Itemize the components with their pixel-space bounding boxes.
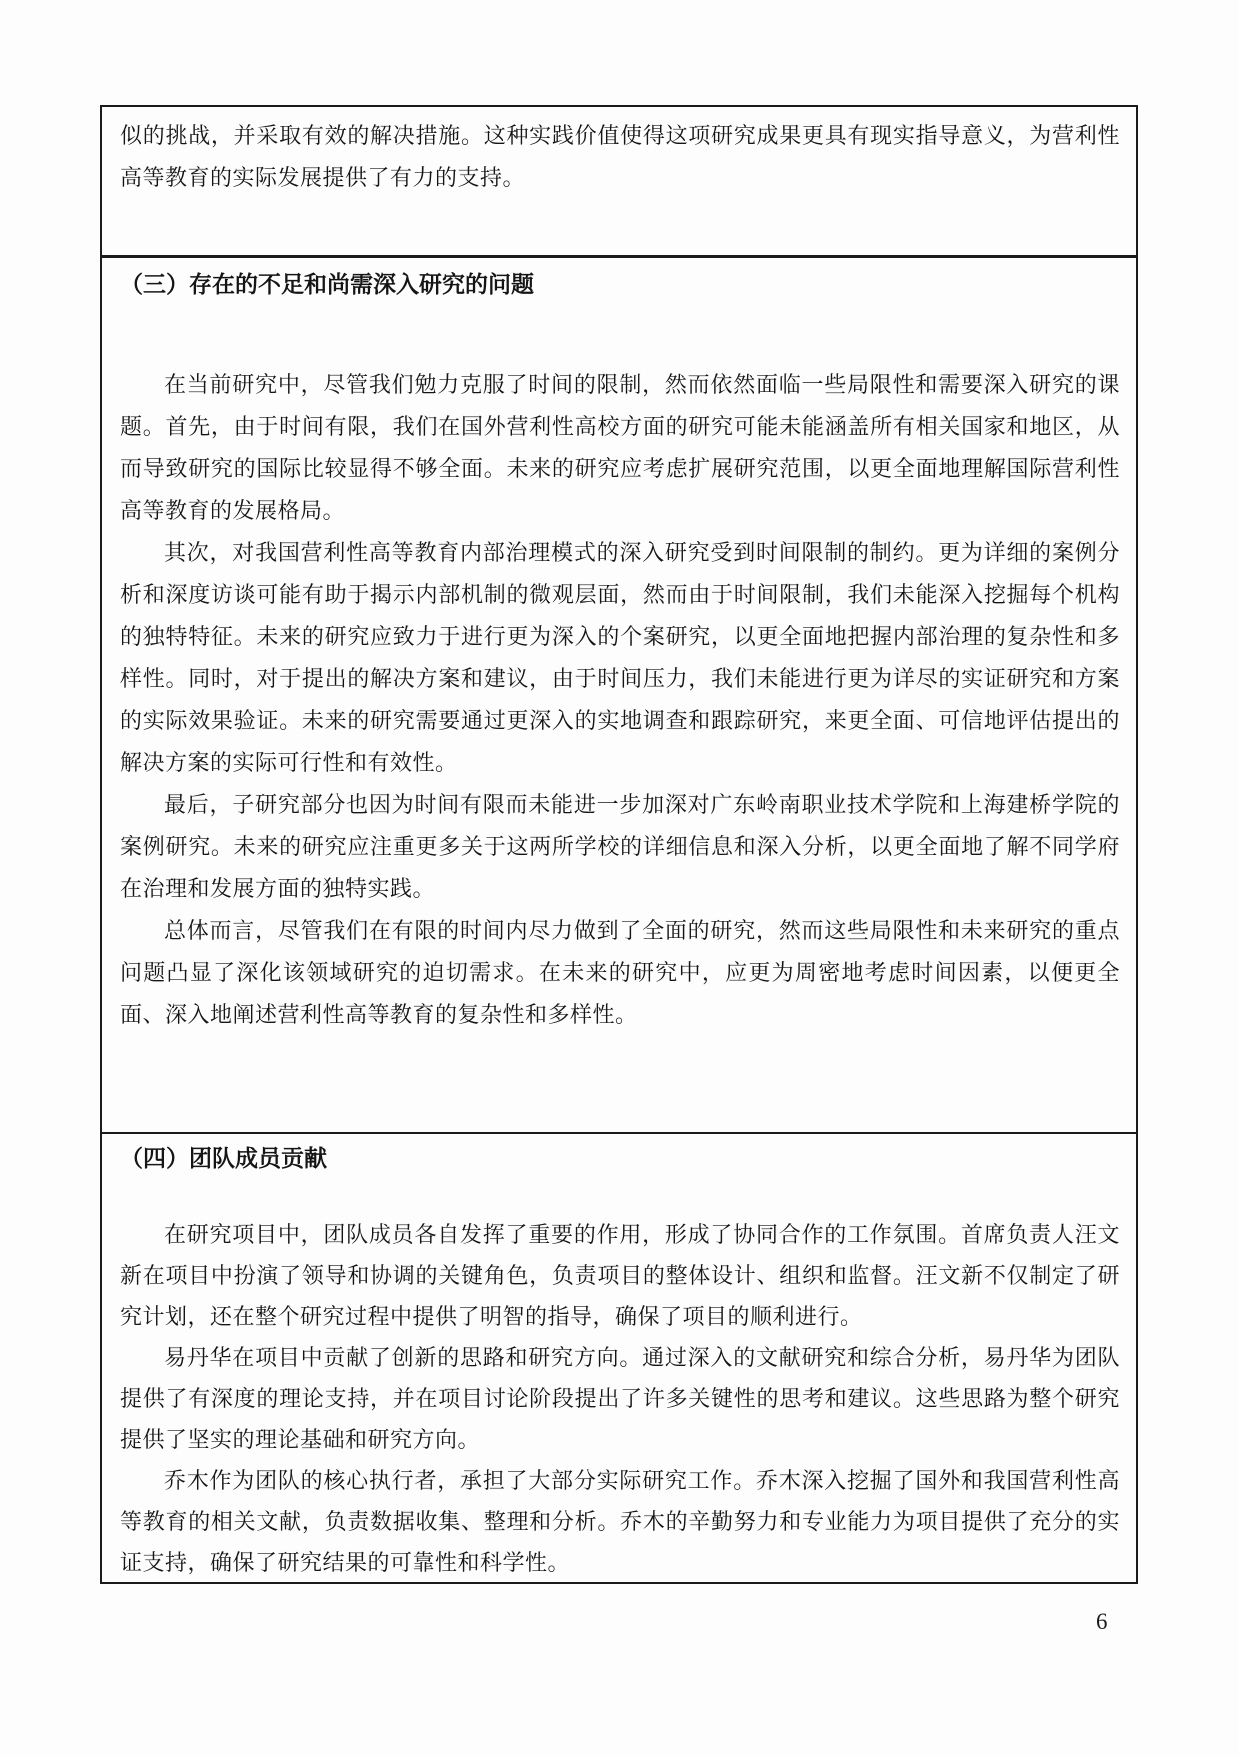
carryover-paragraph: 似的挑战，并采取有效的解决措施。这种实践价值使得这项研究成果更具有现实指导意义，… [120, 115, 1120, 199]
document-page: 似的挑战，并采取有效的解决措施。这种实践价值使得这项研究成果更具有现实指导意义，… [0, 0, 1238, 1755]
section-four-paragraph-1: 在研究项目中，团队成员各自发挥了重要的作用，形成了协同合作的工作氛围。首席负责人… [120, 1214, 1120, 1337]
section-four-paragraph-2: 易丹华在项目中贡献了创新的思路和研究方向。通过深入的文献研究和综合分析，易丹华为… [120, 1337, 1120, 1460]
section-three: （三）存在的不足和尚需深入研究的问题 在当前研究中，尽管我们勉力克服了时间的限制… [102, 255, 1136, 1132]
section-four: （四）团队成员贡献 在研究项目中，团队成员各自发挥了重要的作用，形成了协同合作的… [102, 1132, 1136, 1582]
section-three-title: （三）存在的不足和尚需深入研究的问题 [120, 268, 1120, 302]
section-carryover: 似的挑战，并采取有效的解决措施。这种实践价值使得这项研究成果更具有现实指导意义，… [102, 107, 1136, 255]
section-three-paragraph-3: 最后，子研究部分也因为时间有限而未能进一步加深对广东岭南职业技术学院和上海建桥学… [120, 784, 1120, 910]
document-table: 似的挑战，并采取有效的解决措施。这种实践价值使得这项研究成果更具有现实指导意义，… [100, 105, 1138, 1584]
section-four-paragraph-3: 乔木作为团队的核心执行者，承担了大部分实际研究工作。乔木深入挖掘了国外和我国营利… [120, 1460, 1120, 1582]
section-three-paragraph-1: 在当前研究中，尽管我们勉力克服了时间的限制，然而依然面临一些局限性和需要深入研究… [120, 364, 1120, 532]
section-four-title: （四）团队成员贡献 [120, 1142, 1120, 1176]
section-three-paragraph-4: 总体而言，尽管我们在有限的时间内尽力做到了全面的研究，然而这些局限性和未来研究的… [120, 910, 1120, 1036]
section-three-paragraph-2: 其次，对我国营利性高等教育内部治理模式的深入研究受到时间限制的制约。更为详细的案… [120, 532, 1120, 784]
page-number: 6 [1096, 1608, 1108, 1636]
